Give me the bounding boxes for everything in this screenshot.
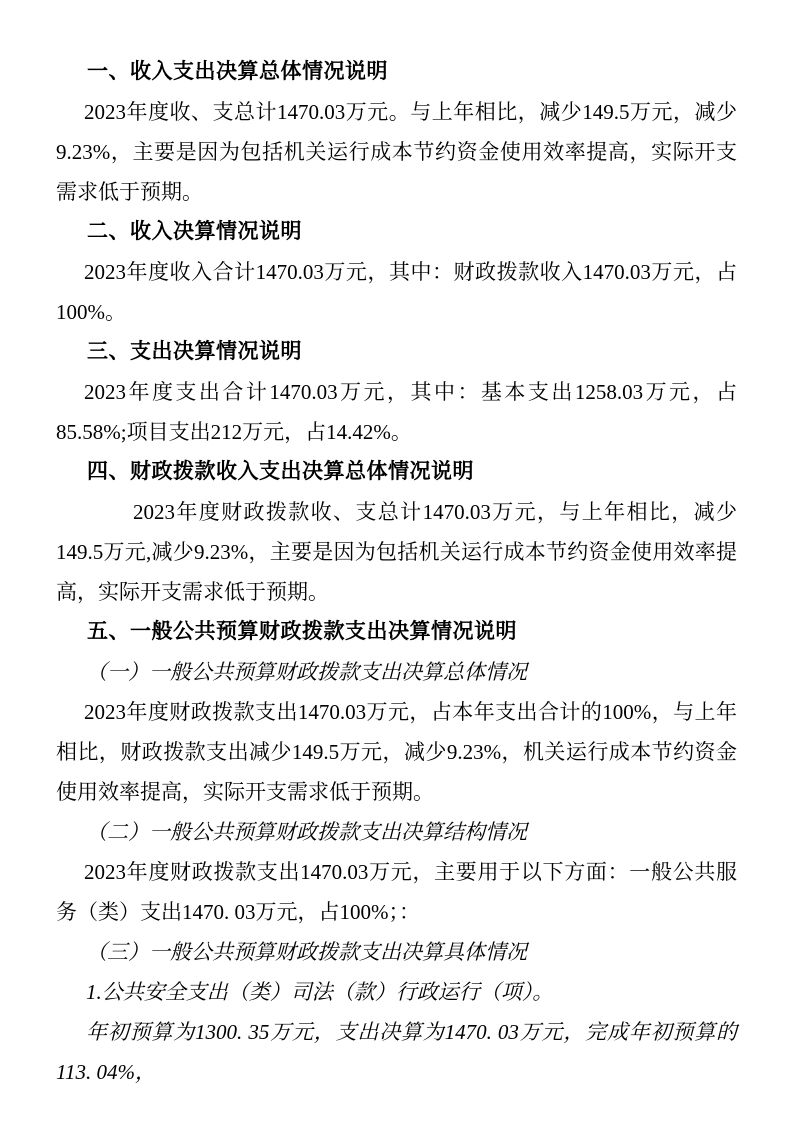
paragraph-structure-situation: 2023年度财政拨款支出1470.03万元，主要用于以下方面：一般公共服务（类）… (56, 852, 737, 932)
heading-expenditure-accounts: 三、支出决算情况说明 (56, 332, 737, 372)
heading-income-expenditure-overview: 一、收入支出决算总体情况说明 (56, 52, 737, 92)
paragraph-fiscal-appropriation-overview: 2023年度财政拨款收、支总计1470.03万元，与上年相比，减少149.5万元… (56, 492, 737, 612)
subheading-specific-situation: （三）一般公共预算财政拨款支出决算具体情况 (56, 932, 737, 972)
subheading-general-situation: （一）一般公共预算财政拨款支出决算总体情况 (56, 652, 737, 692)
paragraph-expenditure-accounts: 2023年度支出合计1470.03万元，其中：基本支出1258.03万元，占85… (56, 372, 737, 452)
heading-fiscal-appropriation-overview: 四、财政拨款收入支出决算总体情况说明 (56, 452, 737, 492)
paragraph-income-expenditure-overview: 2023年度收、支总计1470.03万元。与上年相比，减少149.5万元，减少9… (56, 92, 737, 212)
paragraph-public-safety-item: 1.公共安全支出（类）司法（款）行政运行（项）。 (56, 972, 737, 1012)
paragraph-general-situation: 2023年度财政拨款支出1470.03万元，占本年支出合计的100%，与上年相比… (56, 692, 737, 812)
paragraph-income-accounts: 2023年度收入合计1470.03万元，其中：财政拨款收入1470.03万元，占… (56, 252, 737, 332)
heading-general-public-budget-expenditure: 五、一般公共预算财政拨款支出决算情况说明 (56, 612, 737, 652)
heading-income-accounts: 二、收入决算情况说明 (56, 212, 737, 252)
document-page: 一、收入支出决算总体情况说明 2023年度收、支总计1470.03万元。与上年相… (0, 0, 793, 1122)
subheading-structure-situation: （二）一般公共预算财政拨款支出决算结构情况 (56, 812, 737, 852)
paragraph-budget-completion: 年初预算为1300. 35万元，支出决算为1470. 03万元，完成年初预算的1… (56, 1012, 737, 1092)
